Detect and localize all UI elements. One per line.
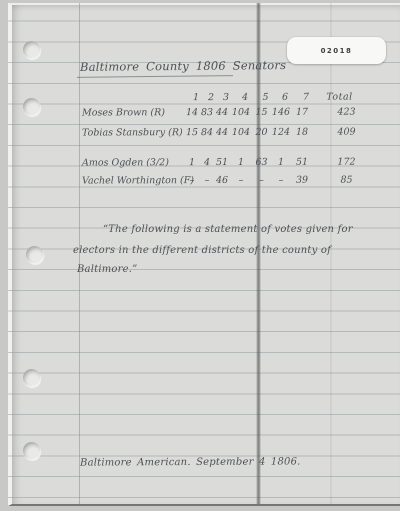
table-row: Vachel Worthington (F)––46–––3985 [80, 174, 380, 186]
vote-cell: – [271, 175, 291, 186]
vote-cell: 20 [252, 127, 271, 138]
candidate-name: Moses Brown (R) [80, 107, 184, 118]
table-row: Amos Ogden (3/2)1451163151172 [80, 156, 380, 168]
punch-hole [23, 41, 40, 58]
vote-cell: – [200, 175, 214, 186]
column-header: 2 [204, 92, 218, 103]
vote-cell: – [252, 175, 271, 186]
vote-cell: 104 [230, 107, 252, 118]
page-title: Baltimore County 1806 Senators [80, 58, 286, 74]
vote-cell: 83 [200, 107, 214, 118]
note-line: “The following is a statement of votes g… [103, 224, 353, 235]
table-row: Moses Brown (R)1483441041514617423 [80, 106, 380, 118]
vote-cell: 44 [214, 107, 230, 118]
punch-hole [23, 442, 40, 459]
table-row: Tobias Stansbury (R)1584441042012418409 [80, 126, 380, 138]
vote-cell: 124 [271, 127, 291, 138]
source-citation: Baltimore American. September 4 1806. [80, 456, 301, 468]
total-cell: 409 [313, 126, 380, 137]
total-cell: 423 [313, 106, 380, 117]
candidate-name: Vachel Worthington (F) [80, 175, 184, 186]
vote-cell: 18 [291, 127, 313, 138]
candidate-name: Amos Ogden (3/2) [80, 157, 184, 168]
total-cell: 172 [313, 156, 380, 167]
vote-cell: 15 [184, 127, 200, 138]
vote-cell: 104 [230, 127, 252, 138]
vote-cell: – [230, 175, 252, 186]
vote-cell: – [184, 175, 200, 186]
vote-cell: 51 [291, 157, 313, 168]
vote-cell: 44 [214, 127, 230, 138]
column-header: 5 [256, 92, 275, 103]
vote-table-header: 1234567Total [80, 91, 380, 103]
catalog-label: 02018 [287, 37, 386, 64]
vote-cell: 51 [214, 157, 230, 168]
punch-hole [23, 98, 40, 115]
scanned-page: 02018 Baltimore County 1806 Senators 123… [0, 0, 400, 511]
column-header: 1 [188, 92, 204, 103]
vote-cell: 1 [271, 157, 291, 168]
punch-hole [26, 246, 43, 263]
vote-cell: 63 [252, 157, 271, 168]
vote-cell: 1 [230, 157, 252, 168]
vote-cell: 17 [291, 107, 313, 118]
column-header: 4 [234, 92, 256, 103]
note-line: electors in the different districts of t… [73, 245, 331, 256]
vote-cell: 39 [291, 175, 313, 186]
header-spacer [80, 92, 184, 103]
vote-cell: 84 [200, 127, 214, 138]
vote-cell: 146 [271, 107, 291, 118]
total-cell: 85 [313, 174, 380, 185]
column-header: 3 [218, 92, 234, 103]
vote-cell: 14 [184, 107, 200, 118]
note-line: Baltimore.” [77, 264, 137, 275]
column-header: 6 [275, 92, 295, 103]
vote-cell: 1 [184, 157, 200, 168]
vote-cell: 4 [200, 157, 214, 168]
catalog-label-number: 02018 [321, 47, 353, 55]
column-header: Total [306, 92, 373, 103]
vote-cell: 15 [252, 107, 271, 118]
candidate-name: Tobias Stansbury (R) [80, 127, 184, 138]
vote-cell: 46 [214, 175, 230, 186]
punch-hole [23, 369, 40, 386]
